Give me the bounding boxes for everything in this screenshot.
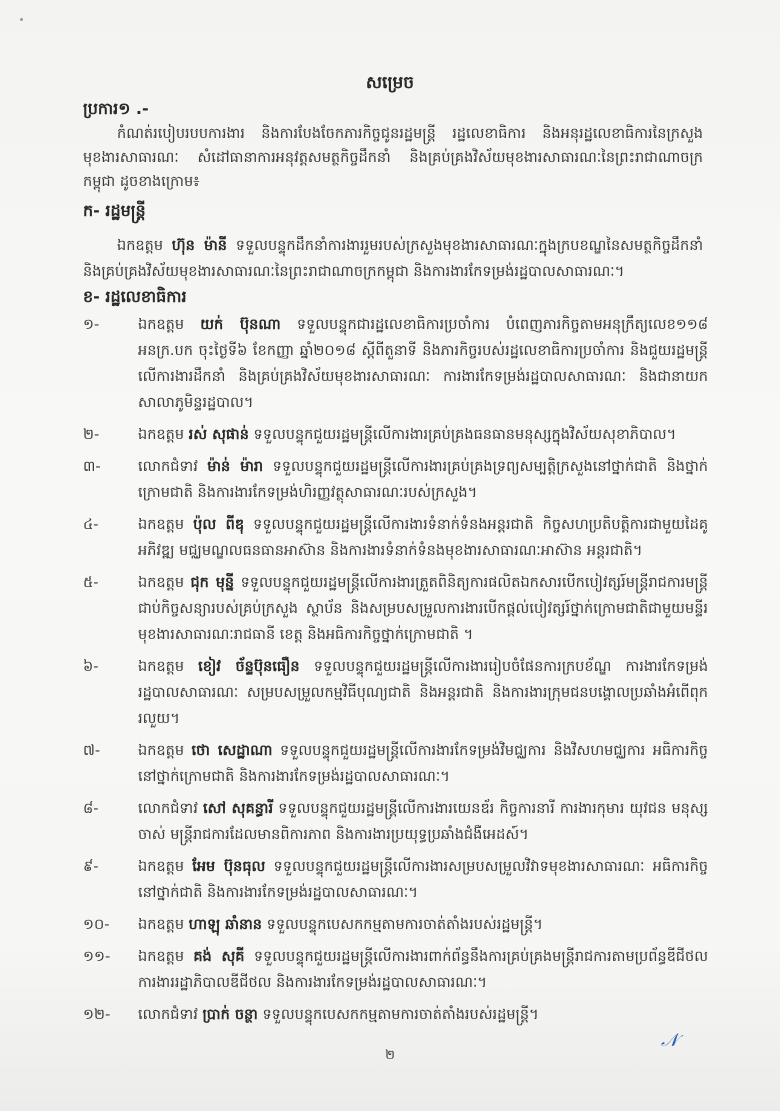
item-body: ឯកឧត្តម អែម ប៊ុនធុល ទទួលបន្ទុកជួយរដ្ឋមន្… bbox=[138, 854, 708, 906]
item-name: រស់ សុផាន់ bbox=[189, 427, 249, 443]
item-body: ឯកឧត្តម ប៉ុល ពីឌុ ទទួលបន្ទុកជួយរដ្ឋមន្ត្… bbox=[138, 512, 708, 564]
intro-paragraph: កំណត់របៀបរបបការងារ និងការបែងចែកភារកិច្ចជ… bbox=[83, 122, 703, 194]
document-title: សម្រេច bbox=[0, 72, 780, 97]
item-duty: ទទួលបន្ទុកជួយរដ្ឋមន្ត្រីលើការងារគ្រប់គ្រ… bbox=[254, 427, 677, 443]
item-body: ឯកឧត្តម យក់ ប៊ុនណា ទទួលបន្ទុកជារដ្ឋលេខាធ… bbox=[138, 312, 708, 416]
item-number: ១២- bbox=[83, 1002, 138, 1028]
item-name: ខៀវ ច័ន្ទប៊ុនធឿន bbox=[198, 659, 299, 675]
item-duty: ទទួលបន្ទុកបេសកកម្មតាមការចាត់តាំងរបស់រដ្ឋ… bbox=[262, 1007, 538, 1023]
item-name: យក់ ប៊ុនណា bbox=[200, 317, 280, 333]
scan-speck bbox=[20, 18, 23, 21]
item-name: ហាឡុ ឆាំនាន bbox=[189, 917, 262, 933]
section-heading-minister: ក- រដ្ឋមន្ត្រី bbox=[83, 200, 146, 224]
item-body: ឯកឧត្តម គង់ សុគី ទទួលបន្ទុកជួយរដ្ឋមន្ត្រ… bbox=[138, 944, 708, 996]
document-page: សម្រេច ប្រការ១ .- កំណត់របៀបរបបការងារ និង… bbox=[0, 0, 780, 1111]
item-name: ប៉ុល ពីឌុ bbox=[193, 517, 244, 533]
item-body: លោកជំទាវ ម៉ាន់ ម៉ារា ទទួលបន្ទុកជួយរដ្ឋមន… bbox=[138, 454, 708, 506]
item-title: ឯកឧត្តម bbox=[138, 949, 184, 965]
item-number: ៧- bbox=[83, 738, 138, 790]
minister-paragraph: ឯកឧត្តម ហ៊ុន ម៉ានី ទទួលបន្ទុកដឹកនាំការងា… bbox=[83, 233, 703, 285]
list-item: ១០- ឯកឧត្តម ហាឡុ ឆាំនាន ទទួលបន្ទុកបេសកកម… bbox=[83, 912, 708, 938]
minister-name: ហ៊ុន ម៉ានី bbox=[172, 238, 227, 254]
list-item: ៩- ឯកឧត្តម អែម ប៊ុនធុល ទទួលបន្ទុកជួយរដ្ឋ… bbox=[83, 854, 708, 906]
item-body: ឯកឧត្តម ហាឡុ ឆាំនាន ទទួលបន្ទុកបេសកកម្មតា… bbox=[138, 912, 708, 938]
list-item: ៦- ឯកឧត្តម ខៀវ ច័ន្ទប៊ុនធឿន ទទួលបន្ទុកជួ… bbox=[83, 654, 708, 732]
item-body: លោកជំទាវ សៅ សុគន្ធារី ទទួលបន្ទុកជួយរដ្ឋម… bbox=[138, 796, 708, 848]
item-number: ៩- bbox=[83, 854, 138, 906]
item-number: ៤- bbox=[83, 512, 138, 564]
list-item: ១១- ឯកឧត្តម គង់ សុគី ទទួលបន្ទុកជួយរដ្ឋមន… bbox=[83, 944, 708, 996]
item-name: គង់ សុគី bbox=[193, 949, 244, 965]
item-title: លោកជំទាវ bbox=[138, 1007, 198, 1023]
item-title: ឯកឧត្តម bbox=[138, 917, 184, 933]
minister-title: ឯកឧត្តម bbox=[117, 238, 163, 254]
item-number: ១០- bbox=[83, 912, 138, 938]
item-body: ឯកឧត្តម រស់ សុផាន់ ទទួលបន្ទុកជួយរដ្ឋមន្ត… bbox=[138, 422, 708, 448]
item-title: លោកជំទាវ bbox=[138, 459, 198, 475]
list-item: ៨- លោកជំទាវ សៅ សុគន្ធារី ទទួលបន្ទុកជួយរដ… bbox=[83, 796, 708, 848]
item-title: លោកជំទាវ bbox=[138, 801, 198, 817]
item-number: ៦- bbox=[83, 654, 138, 732]
item-body: ឯកឧត្តម ជុក មុន្នី ទទួលបន្ទុកជួយរដ្ឋមន្ត… bbox=[138, 570, 708, 648]
item-name: ប្រាក់ ចន្ថា bbox=[202, 1007, 257, 1023]
handwritten-initials: 𝒩 bbox=[661, 1030, 678, 1051]
item-title: ឯកឧត្តម bbox=[138, 659, 184, 675]
item-duty: ទទួលបន្ទុកបេសកកម្មតាមការចាត់តាំងរបស់រដ្ឋ… bbox=[267, 917, 543, 933]
list-item: ២- ឯកឧត្តម រស់ សុផាន់ ទទួលបន្ទុកជួយរដ្ឋម… bbox=[83, 422, 708, 448]
item-number: ២- bbox=[83, 422, 138, 448]
item-body: ឯកឧត្តម ថោ សេដ្ឋាណា ទទួលបន្ទុកជួយរដ្ឋមន្… bbox=[138, 738, 708, 790]
article-heading: ប្រការ១ .- bbox=[83, 98, 149, 122]
item-title: ឯកឧត្តម bbox=[138, 575, 184, 591]
list-item: ៤- ឯកឧត្តម ប៉ុល ពីឌុ ទទួលបន្ទុកជួយរដ្ឋមន… bbox=[83, 512, 708, 564]
item-name: ម៉ាន់ ម៉ារា bbox=[207, 459, 263, 475]
list-item: ៥- ឯកឧត្តម ជុក មុន្នី ទទួលបន្ទុកជួយរដ្ឋម… bbox=[83, 570, 708, 648]
item-number: ៣- bbox=[83, 454, 138, 506]
list-item: ៣- លោកជំទាវ ម៉ាន់ ម៉ារា ទទួលបន្ទុកជួយរដ្… bbox=[83, 454, 708, 506]
secretary-list: ១- ឯកឧត្តម យក់ ប៊ុនណា ទទួលបន្ទុកជារដ្ឋលេ… bbox=[83, 312, 708, 1034]
item-name: ថោ សេដ្ឋាណា bbox=[192, 743, 273, 759]
item-title: ឯកឧត្តម bbox=[138, 743, 184, 759]
item-body: ឯកឧត្តម ខៀវ ច័ន្ទប៊ុនធឿន ទទួលបន្ទុកជួយរដ… bbox=[138, 654, 708, 732]
list-item: ១២- លោកជំទាវ ប្រាក់ ចន្ថា ទទួលបន្ទុកបេសក… bbox=[83, 1002, 708, 1028]
section-heading-secretaries: ខ- រដ្ឋលេខាធិការ bbox=[83, 286, 187, 310]
item-number: ១១- bbox=[83, 944, 138, 996]
item-body: លោកជំទាវ ប្រាក់ ចន្ថា ទទួលបន្ទុកបេសកកម្ម… bbox=[138, 1002, 708, 1028]
item-number: ១- bbox=[83, 312, 138, 416]
item-name: សៅ សុគន្ធារី bbox=[203, 801, 273, 817]
item-title: ឯកឧត្តម bbox=[138, 427, 184, 443]
list-item: ៧- ឯកឧត្តម ថោ សេដ្ឋាណា ទទួលបន្ទុកជួយរដ្ឋ… bbox=[83, 738, 708, 790]
item-name: អែម ប៊ុនធុល bbox=[192, 859, 265, 875]
item-number: ៨- bbox=[83, 796, 138, 848]
item-number: ៥- bbox=[83, 570, 138, 648]
item-title: ឯកឧត្តម bbox=[138, 317, 184, 333]
item-title: ឯកឧត្តម bbox=[138, 517, 184, 533]
item-name: ជុក មុន្នី bbox=[190, 575, 234, 591]
item-title: ឯកឧត្តម bbox=[138, 859, 184, 875]
list-item: ១- ឯកឧត្តម យក់ ប៊ុនណា ទទួលបន្ទុកជារដ្ឋលេ… bbox=[83, 312, 708, 416]
